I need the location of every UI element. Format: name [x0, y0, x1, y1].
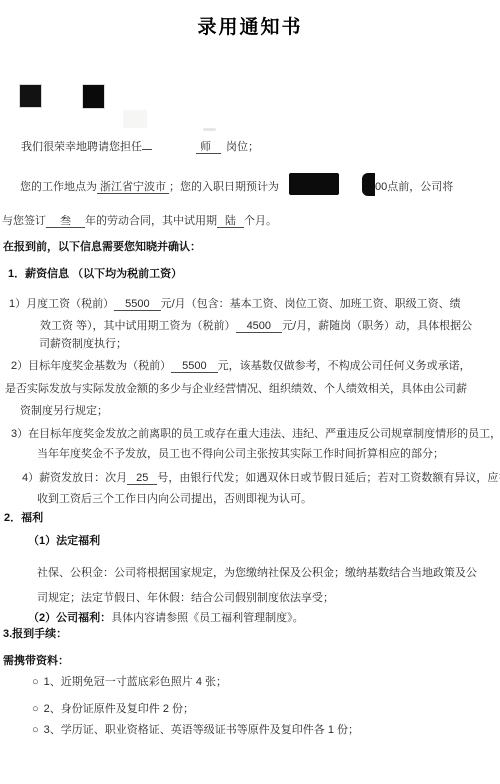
work-location-line: 您的工作地点为浙江省宁波市；您的入职日期预计为00点前，公司将: [0, 173, 500, 196]
salary-item2-line1: 2）目标年度奖金基数为（税前）5500元，该基数仅做参考，不构成公司任何义务或承…: [0, 359, 500, 374]
text-run: 收到工资后三个工作日内向公司提出，否则即视为认可。: [37, 493, 312, 505]
materials-heading: 需携带资料：: [0, 654, 500, 669]
offer-letter-document: 录用通知书 我们很荣幸地聘请您担任师岗位； 您的工作地点为浙江省宁波市；您的入职…: [0, 0, 500, 784]
text-run: 4）薪资发放日：次月: [22, 472, 127, 484]
probation-salary-value: 4500: [236, 320, 282, 333]
legal-welfare-heading: （1）法定福利: [0, 534, 500, 549]
material-list-item: ○2、身份证原件及复印件 2 份；: [0, 702, 500, 717]
welfare-section-heading: 2．福利: [0, 511, 500, 526]
text-run: 您的工作地点为: [20, 181, 97, 193]
circle-bullet-icon: ○: [32, 676, 39, 688]
salary-item3-line1: 3）在目标年度奖金发放之前离职的员工或存在重大违法、违纪、严重违反公司规章制度情…: [0, 427, 500, 442]
bonus-base-value: 5500: [171, 360, 217, 373]
contract-term-line: 与您签订叁年的劳动合同，其中试用期陆个月。: [0, 214, 500, 229]
salary-item1-line2: 效工资 等），其中试用期工资为（税前）4500元/月，薪随岗（职务）动，具体根据…: [0, 319, 500, 334]
text-run: 资制度另行规定；: [20, 405, 108, 417]
monthly-salary-value: 5500: [114, 298, 160, 311]
position-field: 师: [196, 141, 221, 154]
text-run: 1）月度工资（税前）: [9, 298, 114, 310]
company-welfare-label: （2）公司福利：: [28, 612, 111, 624]
text-run: 个月。: [244, 215, 277, 227]
text-run: 2）目标年度奖金基数为（税前）: [11, 360, 171, 372]
heading-text: 1．薪资信息 （以下均为税前工资）: [8, 268, 182, 280]
heading-text: 3.报到手续：: [3, 628, 67, 640]
heading-text: 需携带资料：: [3, 655, 69, 667]
confirm-heading: 在报到前，以下信息需要您知晓并确认：: [0, 240, 500, 255]
text-run: 我们很荣幸地聘请您担任: [21, 141, 142, 153]
heading-text: 2．福利: [4, 512, 43, 524]
text-run: 3）在目标年度奖金发放之前离职的员工或存在重大违法、违纪、严重违反公司规章制度情…: [11, 428, 500, 440]
company-welfare-line: （2）公司福利：具体内容请参照《员工福利管理制度》。: [0, 611, 500, 626]
text-run: 元/月（包含：基本工资、岗位工资、加班工资、职级工资、绩: [161, 298, 461, 310]
text-run: 具体内容请参照《员工福利管理制度》。: [111, 612, 304, 624]
text-run: 效工资 等），其中试用期工资为（税前）: [40, 320, 236, 332]
redaction-box: [362, 173, 375, 196]
heading-text: （1）法定福利: [28, 535, 100, 547]
salary-item4-line2: 收到工资后三个工作日内向公司提出，否则即视为认可。: [0, 492, 500, 507]
material-list-item: ○1、近期免冠一寸蓝底彩色照片 4 张；: [0, 675, 500, 690]
probation-months-value: 陆: [217, 215, 244, 228]
onboard-section-heading: 3.报到手续：: [0, 627, 500, 642]
text-run: 年的劳动合同，其中试用期: [85, 215, 217, 227]
list-item-text: 3、学历证、职业资格证、英语等级证书等原件及复印件各 1 份；: [44, 724, 359, 736]
text-run: 社保、公积金：公司将根据国家规定，为您缴纳社保及公积金；缴纳基数结合当地政策及公: [37, 567, 477, 579]
list-item-text: 2、身份证原件及复印件 2 份；: [44, 703, 194, 715]
faint-erased-mark: [123, 110, 147, 128]
document-header: 录用通知书: [0, 0, 500, 128]
contract-years-value: 叁: [46, 215, 85, 228]
salary-item1-line1: 1）月度工资（税前）5500元/月（包含：基本工资、岗位工资、加班工资、职级工资…: [0, 297, 500, 312]
pay-day-value: 25: [127, 472, 157, 485]
text-run: 当年年度奖金不予发放，员工也不得向公司主张按其实际工作时间折算相应的部分；: [37, 448, 444, 460]
material-list-item: ○3、学历证、职业资格证、英语等级证书等原件及复印件各 1 份；: [0, 723, 500, 738]
text-run: 是否实际发放与实际发放金额的多少与企业经营情况、组织绩效、个人绩效相关，具体由公…: [5, 383, 467, 395]
blank-underline: [142, 139, 152, 150]
text-run: 司规定；法定节假日、年休假：结合公司假别制度依法享受；: [37, 592, 334, 604]
document-title: 录用通知书: [0, 12, 500, 39]
salary-item4-line1: 4）薪资发放日：次月25号，由银行代发；如遇双休日或节假日延后；若对工资数额有异…: [0, 471, 500, 486]
text-run: 与您签订: [2, 215, 46, 227]
work-location-value: 浙江省宁波市: [97, 181, 169, 194]
intro-position-line: 我们很荣幸地聘请您担任师岗位；: [0, 139, 500, 155]
salary-section-heading: 1．薪资信息 （以下均为税前工资）: [0, 267, 500, 282]
text-run: 元/月，薪随岗（职务）动，具体根据公: [282, 320, 472, 332]
legal-welfare-line2: 司规定；法定节假日、年休假：结合公司假别制度依法享受；: [0, 591, 500, 606]
text-run: 号，由银行代发；如遇双休日或节假日延后；若对工资数额有异议，应在: [157, 472, 500, 484]
text-run: 岗位；: [226, 141, 259, 153]
faint-erased-mark: [203, 128, 216, 131]
salary-item3-line2: 当年年度奖金不予发放，员工也不得向公司主张按其实际工作时间折算相应的部分；: [0, 447, 500, 462]
circle-bullet-icon: ○: [32, 703, 39, 715]
redaction-box: [289, 173, 339, 195]
salary-item2-line2: 是否实际发放与实际发放金额的多少与企业经营情况、组织绩效、个人绩效相关，具体由公…: [0, 382, 500, 397]
redaction-box: [83, 85, 104, 108]
text-run: 司薪资制度执行；: [39, 338, 127, 350]
salary-item2-line3: 资制度另行规定；: [0, 404, 500, 419]
redaction-box: [20, 85, 41, 107]
text-run: ；您的入职日期预计为: [169, 181, 279, 193]
circle-bullet-icon: ○: [32, 724, 39, 736]
salary-item1-line3: 司薪资制度执行；: [0, 337, 500, 352]
list-item-text: 1、近期免冠一寸蓝底彩色照片 4 张；: [44, 676, 227, 688]
text-run: 00点前，公司将: [375, 181, 453, 193]
heading-text: 在报到前，以下信息需要您知晓并确认：: [3, 241, 201, 253]
text-run: 元，该基数仅做参考，不构成公司任何义务或承诺，: [218, 360, 471, 372]
legal-welfare-line1: 社保、公积金：公司将根据国家规定，为您缴纳社保及公积金；缴纳基数结合当地政策及公: [0, 566, 500, 581]
